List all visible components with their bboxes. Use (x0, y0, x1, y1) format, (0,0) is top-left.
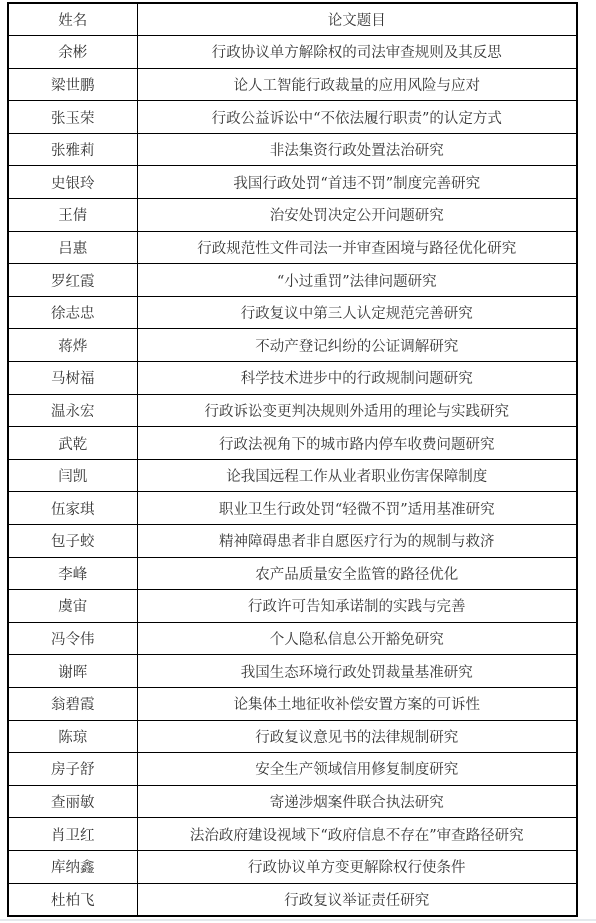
title-cell: 行政法视角下的城市路内停车收费问题研究 (137, 427, 577, 460)
title-cell: 治安处罚决定公开问题研究 (137, 199, 577, 232)
name-cell: 李峰 (8, 557, 137, 590)
title-cell: 农产品质量安全监管的路径优化 (137, 557, 577, 590)
table-row: 库纳鑫 行政协议单方变更解除权行使条件 (8, 850, 577, 883)
header-row: 姓名 论文题目 (8, 3, 577, 36)
name-cell: 马树福 (8, 362, 137, 395)
name-cell: 杜柏飞 (8, 883, 137, 916)
table-row: 梁世鹏 论人工智能行政裁量的应用风险与应对 (8, 68, 577, 101)
table-row: 房子舒 安全生产领域信用修复制度研究 (8, 753, 577, 786)
title-cell: 我国行政处罚“首违不罚”制度完善研究 (137, 166, 577, 199)
title-cell: 非法集资行政处置法治研究 (137, 133, 577, 166)
name-cell: 伍家琪 (8, 492, 137, 525)
name-cell: 吕惠 (8, 231, 137, 264)
title-cell: 行政协议单方解除权的司法审查规则及其反思 (137, 36, 577, 69)
table-row: 谢晖 我国生态环境行政处罚裁量基准研究 (8, 655, 577, 688)
title-cell: 行政诉讼变更判决规则外适用的理论与实践研究 (137, 394, 577, 427)
title-cell: 安全生产领域信用修复制度研究 (137, 753, 577, 786)
table-row: 蒋烨 不动产登记纠纷的公证调解研究 (8, 329, 577, 362)
name-cell: 冯令伟 (8, 622, 137, 655)
table-row: 王倩 治安处罚决定公开问题研究 (8, 199, 577, 232)
title-cell: 不动产登记纠纷的公证调解研究 (137, 329, 577, 362)
page-edge-divider (0, 919, 596, 921)
table-row: 虞宙 行政许可告知承诺制的实践与完善 (8, 590, 577, 623)
name-cell: 虞宙 (8, 590, 137, 623)
document-page: 姓名 论文题目 余彬 行政协议单方解除权的司法审查规则及其反思 梁世鹏 论人工智… (0, 0, 596, 923)
table-row: 史银玲 我国行政处罚“首违不罚”制度完善研究 (8, 166, 577, 199)
title-cell: 科学技术进步中的行政规制问题研究 (137, 362, 577, 395)
name-cell: 陈琼 (8, 720, 137, 753)
table-row: 徐志忠 行政复议中第三人认定规范完善研究 (8, 296, 577, 329)
name-cell: 包子蛟 (8, 525, 137, 558)
name-cell: 查丽敏 (8, 785, 137, 818)
name-cell: 张雅莉 (8, 133, 137, 166)
title-cell: 论人工智能行政裁量的应用风险与应对 (137, 68, 577, 101)
table-row: 杜柏飞 行政复议举证责任研究 (8, 883, 577, 916)
table-header: 姓名 论文题目 (8, 3, 577, 36)
title-cell: 论集体土地征收补偿安置方案的可诉性 (137, 687, 577, 720)
title-cell: “小过重罚”法律问题研究 (137, 264, 577, 297)
name-cell: 翁碧霞 (8, 687, 137, 720)
table-row: 伍家琪 职业卫生行政处罚“轻微不罚”适用基准研究 (8, 492, 577, 525)
title-cell: 行政公益诉讼中“不依法履行职责”的认定方式 (137, 101, 577, 134)
table-row: 武乾 行政法视角下的城市路内停车收费问题研究 (8, 427, 577, 460)
name-cell: 温永宏 (8, 394, 137, 427)
table-row: 李峰 农产品质量安全监管的路径优化 (8, 557, 577, 590)
table-row: 温永宏 行政诉讼变更判决规则外适用的理论与实践研究 (8, 394, 577, 427)
table-row: 张玉荣 行政公益诉讼中“不依法履行职责”的认定方式 (8, 101, 577, 134)
name-cell: 徐志忠 (8, 296, 137, 329)
table-row: 张雅莉 非法集资行政处置法治研究 (8, 133, 577, 166)
title-cell: 个人隐私信息公开豁免研究 (137, 622, 577, 655)
header-cell-name: 姓名 (8, 3, 137, 36)
table-row: 吕惠 行政规范性文件司法一并审查困境与路径优化研究 (8, 231, 577, 264)
name-cell: 史银玲 (8, 166, 137, 199)
name-cell: 梁世鹏 (8, 68, 137, 101)
title-cell: 行政许可告知承诺制的实践与完善 (137, 590, 577, 623)
paper-table-body: 余彬 行政协议单方解除权的司法审查规则及其反思 梁世鹏 论人工智能行政裁量的应用… (8, 36, 577, 916)
title-cell: 行政复议举证责任研究 (137, 883, 577, 916)
name-cell: 武乾 (8, 427, 137, 460)
table-row: 查丽敏 寄递涉烟案件联合执法研究 (8, 785, 577, 818)
title-cell: 行政复议意见书的法律规制研究 (137, 720, 577, 753)
name-cell: 王倩 (8, 199, 137, 232)
title-cell: 论我国远程工作从业者职业伤害保障制度 (137, 459, 577, 492)
name-cell: 房子舒 (8, 753, 137, 786)
table-row: 冯令伟 个人隐私信息公开豁免研究 (8, 622, 577, 655)
table-row: 陈琼 行政复议意见书的法律规制研究 (8, 720, 577, 753)
title-cell: 行政协议单方变更解除权行使条件 (137, 850, 577, 883)
table-row: 肖卫红 法治政府建设视域下“政府信息不存在”审查路径研究 (8, 818, 577, 851)
title-cell: 寄递涉烟案件联合执法研究 (137, 785, 577, 818)
table-row: 翁碧霞 论集体土地征收补偿安置方案的可诉性 (8, 687, 577, 720)
name-cell: 余彬 (8, 36, 137, 69)
name-cell: 闫凯 (8, 459, 137, 492)
name-cell: 罗红霞 (8, 264, 137, 297)
title-cell: 我国生态环境行政处罚裁量基准研究 (137, 655, 577, 688)
name-cell: 库纳鑫 (8, 850, 137, 883)
name-cell: 张玉荣 (8, 101, 137, 134)
table-row: 包子蛟 精神障碍患者非自愿医疗行为的规制与救济 (8, 525, 577, 558)
table-row: 马树福 科学技术进步中的行政规制问题研究 (8, 362, 577, 395)
title-cell: 行政复议中第三人认定规范完善研究 (137, 296, 577, 329)
paper-title-table: 姓名 论文题目 余彬 行政协议单方解除权的司法审查规则及其反思 梁世鹏 论人工智… (7, 2, 578, 917)
name-cell: 肖卫红 (8, 818, 137, 851)
name-cell: 谢晖 (8, 655, 137, 688)
title-cell: 精神障碍患者非自愿医疗行为的规制与救济 (137, 525, 577, 558)
header-cell-title: 论文题目 (137, 3, 577, 36)
name-cell: 蒋烨 (8, 329, 137, 362)
title-cell: 职业卫生行政处罚“轻微不罚”适用基准研究 (137, 492, 577, 525)
title-cell: 法治政府建设视域下“政府信息不存在”审查路径研究 (137, 818, 577, 851)
table-row: 罗红霞 “小过重罚”法律问题研究 (8, 264, 577, 297)
table-row: 闫凯 论我国远程工作从业者职业伤害保障制度 (8, 459, 577, 492)
table-row: 余彬 行政协议单方解除权的司法审查规则及其反思 (8, 36, 577, 69)
title-cell: 行政规范性文件司法一并审查困境与路径优化研究 (137, 231, 577, 264)
